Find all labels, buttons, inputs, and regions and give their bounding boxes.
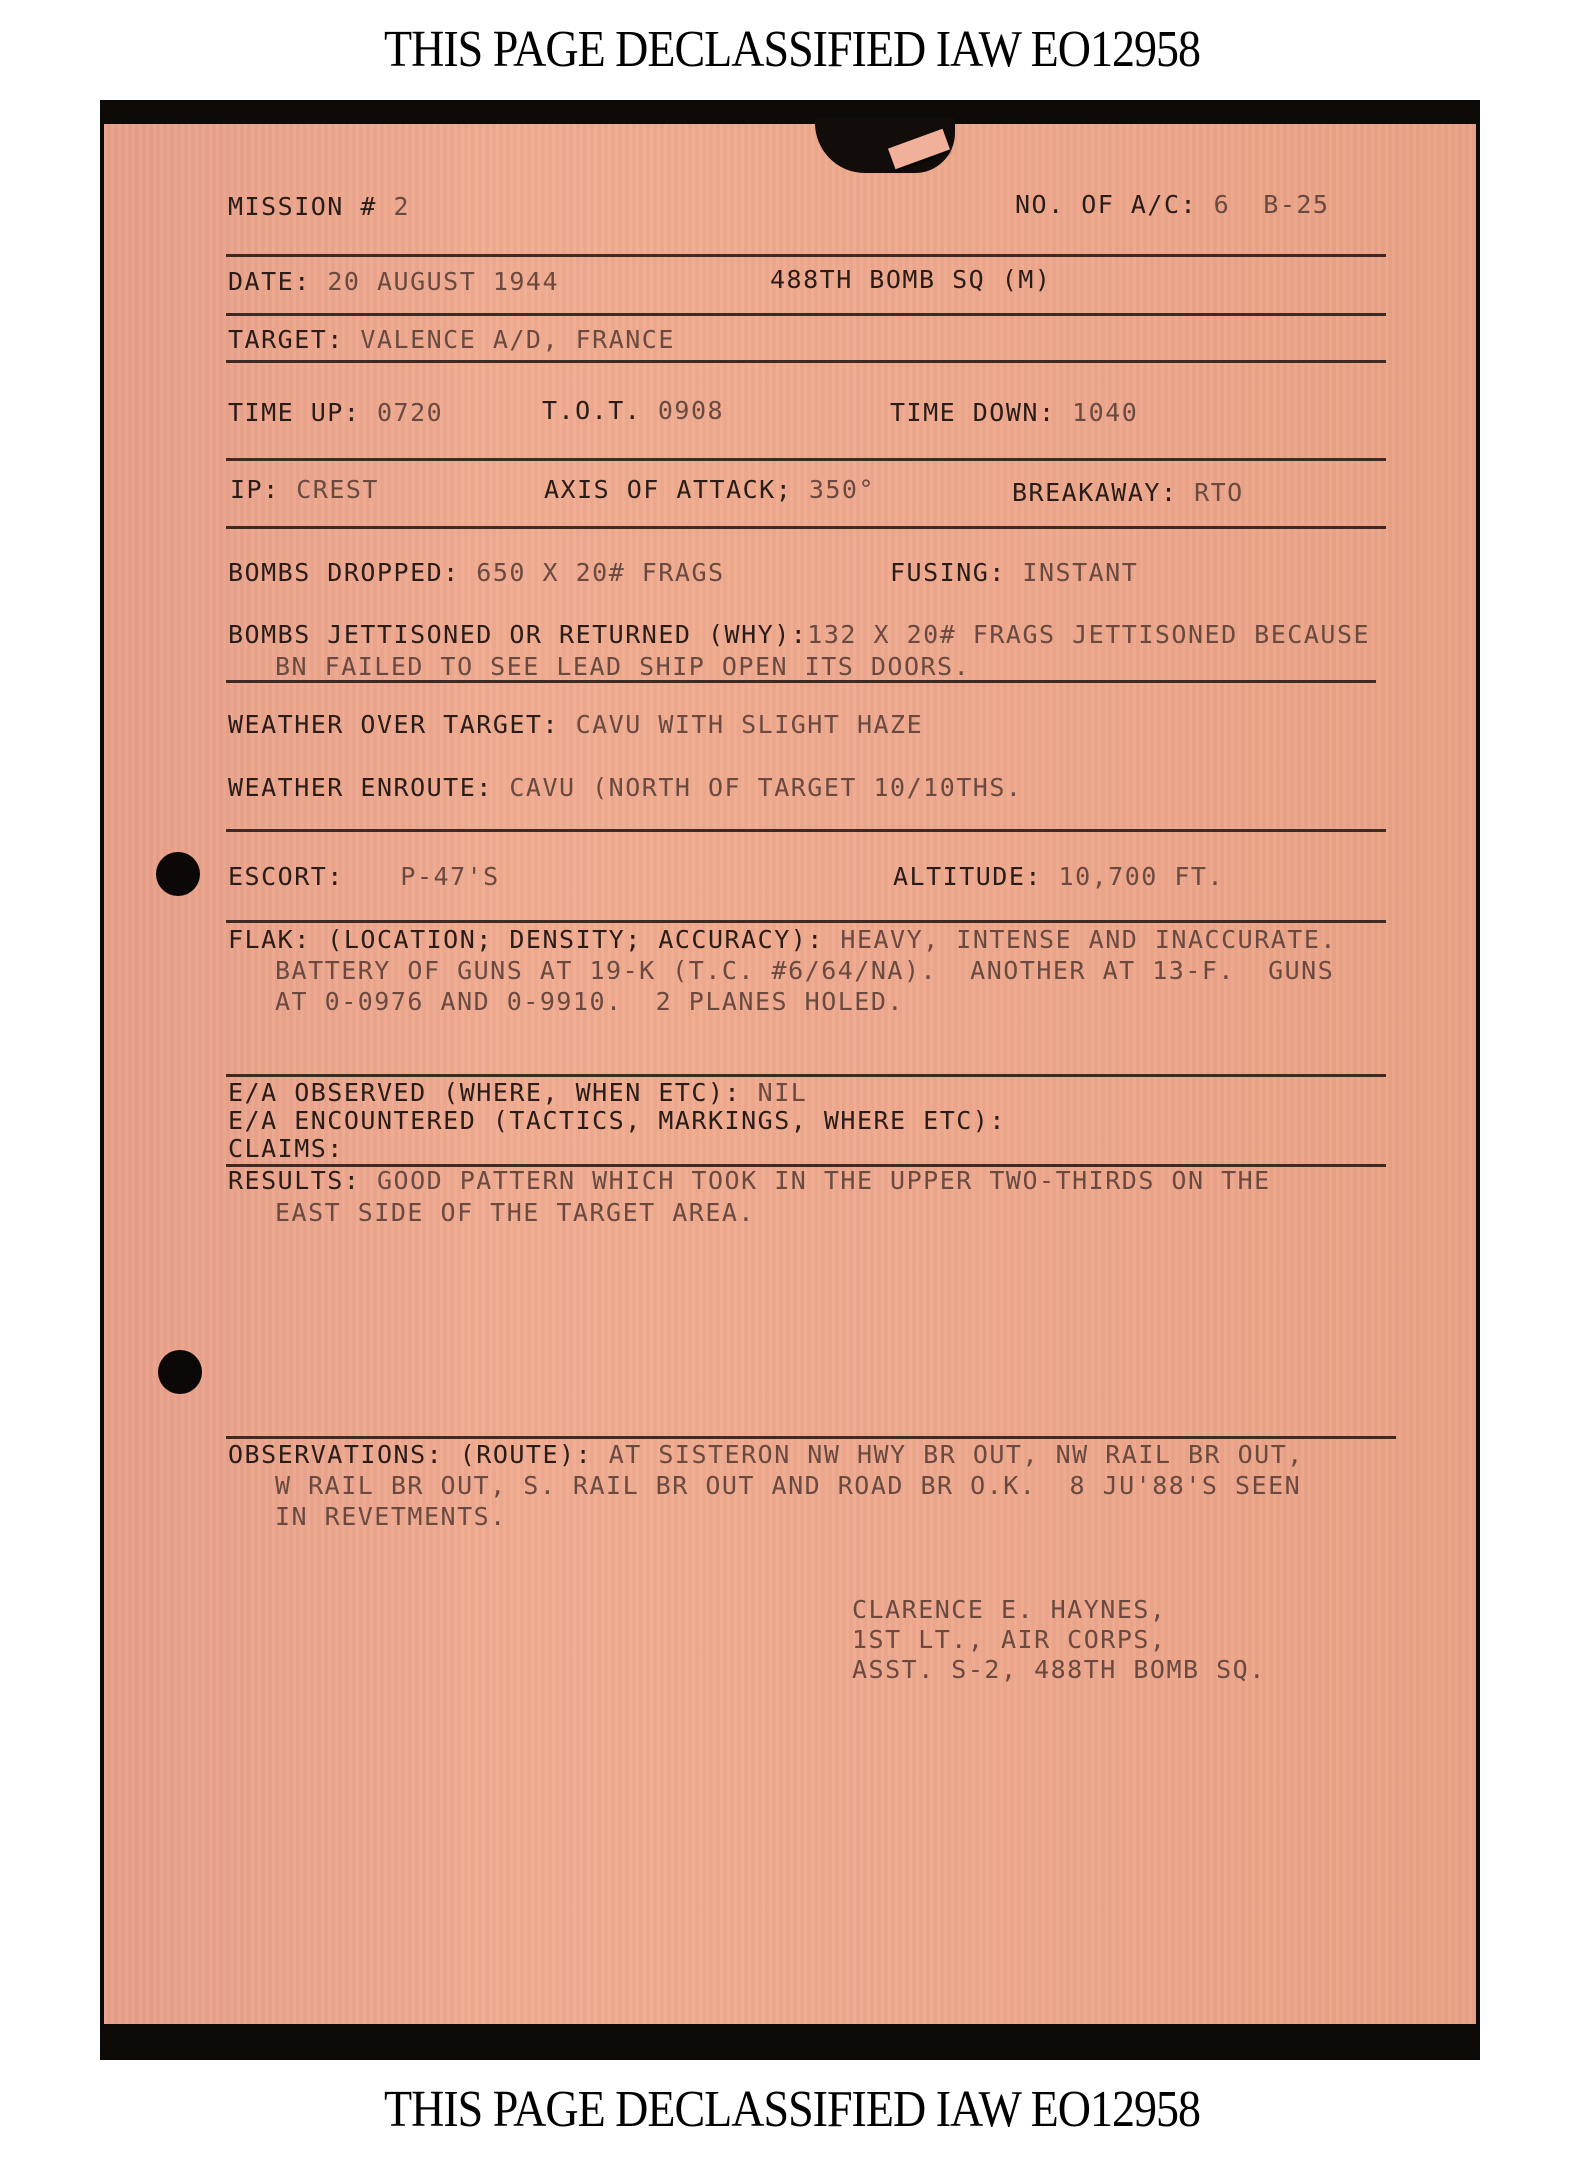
jettisoned-value: 132 X 20# FRAGS JETTISONED BECAUSE: [807, 620, 1370, 649]
breakaway-value: RTO: [1194, 478, 1244, 507]
target-label: TARGET:: [228, 325, 360, 354]
divider: [226, 920, 1386, 923]
punch-hole-icon: [156, 852, 200, 896]
divider: [226, 1074, 1386, 1077]
divider: [226, 1436, 1396, 1439]
fusing-value: INSTANT: [1022, 558, 1138, 587]
results-field: RESULTS: GOOD PATTERN WHICH TOOK IN THE …: [228, 1166, 1271, 1196]
altitude-label: ALTITUDE:: [893, 862, 1059, 891]
divider: [226, 526, 1386, 529]
axis-value: 350°: [809, 475, 875, 504]
aircraft-field: NO. OF A/C: 6 B-25: [1015, 190, 1329, 220]
signature-line: 1ST LT., AIR CORPS,: [852, 1625, 1166, 1654]
signature-line: CLARENCE E. HAYNES,: [852, 1595, 1166, 1624]
unit-value: 488TH BOMB SQ (M): [770, 265, 1051, 294]
flak-value-line3: AT 0-0976 AND 0-9910. 2 PLANES HOLED.: [275, 987, 904, 1016]
ip-value: CREST: [296, 475, 379, 504]
time-down-label: TIME DOWN:: [890, 398, 1072, 427]
target-value: VALENCE A/D, FRANCE: [360, 325, 674, 354]
results-value: GOOD PATTERN WHICH TOOK IN THE UPPER TWO…: [377, 1166, 1271, 1195]
tot-label: T.O.T.: [542, 396, 658, 425]
results-value-line2: EAST SIDE OF THE TARGET AREA.: [275, 1198, 755, 1227]
jettisoned-label: BOMBS JETTISONED OR RETURNED (WHY):: [228, 620, 807, 649]
bombs-dropped-label: BOMBS DROPPED:: [228, 558, 476, 587]
weather-target-field: WEATHER OVER TARGET: CAVU WITH SLIGHT HA…: [228, 710, 923, 740]
claims-field: CLAIMS:: [228, 1134, 344, 1164]
observations-label: OBSERVATIONS: (ROUTE):: [228, 1440, 609, 1469]
date-label: DATE:: [228, 267, 327, 296]
flak-continuation: BATTERY OF GUNS AT 19-K (T.C. #6/64/NA).…: [275, 956, 1334, 986]
declassified-banner-top: THIS PAGE DECLASSIFIED IAW EO12958: [0, 19, 1584, 78]
altitude-value: 10,700 FT.: [1059, 862, 1225, 891]
weather-target-label: WEATHER OVER TARGET:: [228, 710, 576, 739]
bombs-dropped-value: 650 X 20# FRAGS: [476, 558, 724, 587]
unit-field: 488TH BOMB SQ (M): [770, 265, 1051, 295]
divider: [226, 360, 1386, 363]
tot-value: 0908: [658, 396, 724, 425]
results-continuation: EAST SIDE OF THE TARGET AREA.: [275, 1198, 755, 1228]
weather-enroute-label: WEATHER ENROUTE:: [228, 773, 509, 802]
observations-value-line3: IN REVETMENTS.: [275, 1502, 507, 1531]
ea-encountered-field: E/A ENCOUNTERED (TACTICS, MARKINGS, WHER…: [228, 1106, 1006, 1136]
jettisoned-field: BOMBS JETTISONED OR RETURNED (WHY):132 X…: [228, 620, 1370, 650]
jettisoned-continuation: BN FAILED TO SEE LEAD SHIP OPEN ITS DOOR…: [275, 652, 970, 682]
breakaway-label: BREAKAWAY:: [1012, 478, 1194, 507]
fusing-field: FUSING: INSTANT: [890, 558, 1138, 588]
observations-value: AT SISTERON NW HWY BR OUT, NW RAIL BR OU…: [609, 1440, 1304, 1469]
claims-label: CLAIMS:: [228, 1134, 344, 1163]
time-up-value: 0720: [377, 398, 443, 427]
escort-value: P-47'S: [360, 862, 499, 891]
date-value: 20 AUGUST 1944: [327, 267, 559, 296]
divider: [226, 829, 1386, 832]
time-up-field: TIME UP: 0720: [228, 398, 443, 428]
aircraft-value: 6 B-25: [1214, 190, 1330, 219]
ea-observed-field: E/A OBSERVED (WHERE, WHEN ETC): NIL: [228, 1078, 807, 1108]
weather-target-value: CAVU WITH SLIGHT HAZE: [576, 710, 924, 739]
signature-rank: 1ST LT., AIR CORPS,: [852, 1625, 1166, 1655]
ip-label: IP:: [230, 475, 296, 504]
bombs-dropped-field: BOMBS DROPPED: 650 X 20# FRAGS: [228, 558, 725, 588]
time-down-value: 1040: [1072, 398, 1138, 427]
signature-name: CLARENCE E. HAYNES,: [852, 1595, 1166, 1625]
flak-continuation: AT 0-0976 AND 0-9910. 2 PLANES HOLED.: [275, 987, 904, 1017]
mission-value: 2: [394, 192, 411, 221]
axis-label: AXIS OF ATTACK;: [544, 475, 809, 504]
mission-field: MISSION # 2: [228, 192, 410, 222]
date-field: DATE: 20 AUGUST 1944: [228, 267, 559, 297]
weather-enroute-value: CAVU (NORTH OF TARGET 10/10THS.: [509, 773, 1022, 802]
escort-label: ESCORT:: [228, 862, 360, 891]
signature-line: ASST. S-2, 488TH BOMB SQ.: [852, 1655, 1266, 1684]
fusing-label: FUSING:: [890, 558, 1022, 587]
divider: [226, 254, 1386, 257]
results-label: RESULTS:: [228, 1166, 377, 1195]
time-down-field: TIME DOWN: 1040: [890, 398, 1138, 428]
ea-observed-label: E/A OBSERVED (WHERE, WHEN ETC):: [228, 1078, 758, 1107]
declassified-banner-bottom: THIS PAGE DECLASSIFIED IAW EO12958: [0, 2079, 1584, 2138]
jettisoned-value-line2: BN FAILED TO SEE LEAD SHIP OPEN ITS DOOR…: [275, 652, 970, 681]
time-up-label: TIME UP:: [228, 398, 377, 427]
breakaway-field: BREAKAWAY: RTO: [1012, 478, 1244, 508]
flak-field: FLAK: (LOCATION; DENSITY; ACCURACY): HEA…: [228, 925, 1337, 955]
target-field: TARGET: VALENCE A/D, FRANCE: [228, 325, 675, 355]
mission-label: MISSION #: [228, 192, 394, 221]
flak-value-line2: BATTERY OF GUNS AT 19-K (T.C. #6/64/NA).…: [275, 956, 1334, 985]
divider: [226, 458, 1386, 461]
axis-field: AXIS OF ATTACK; 350°: [544, 475, 875, 505]
weather-enroute-field: WEATHER ENROUTE: CAVU (NORTH OF TARGET 1…: [228, 773, 1022, 803]
aircraft-label: NO. OF A/C:: [1015, 190, 1214, 219]
flak-label: FLAK: (LOCATION; DENSITY; ACCURACY):: [228, 925, 840, 954]
divider: [226, 680, 1376, 683]
divider: [226, 313, 1386, 316]
observations-continuation: IN REVETMENTS.: [275, 1502, 507, 1532]
ip-field: IP: CREST: [230, 475, 379, 505]
altitude-field: ALTITUDE: 10,700 FT.: [893, 862, 1224, 892]
ea-observed-value: NIL: [758, 1078, 808, 1107]
observations-continuation: W RAIL BR OUT, S. RAIL BR OUT AND ROAD B…: [275, 1471, 1301, 1501]
punch-hole-icon: [158, 1350, 202, 1394]
ea-encountered-label: E/A ENCOUNTERED (TACTICS, MARKINGS, WHER…: [228, 1106, 1006, 1135]
observations-value-line2: W RAIL BR OUT, S. RAIL BR OUT AND ROAD B…: [275, 1471, 1301, 1500]
tot-field: T.O.T. 0908: [542, 396, 724, 426]
escort-field: ESCORT: P-47'S: [228, 862, 500, 892]
signature-title: ASST. S-2, 488TH BOMB SQ.: [852, 1655, 1266, 1685]
observations-field: OBSERVATIONS: (ROUTE): AT SISTERON NW HW…: [228, 1440, 1304, 1470]
flak-value: HEAVY, INTENSE AND INACCURATE.: [840, 925, 1337, 954]
